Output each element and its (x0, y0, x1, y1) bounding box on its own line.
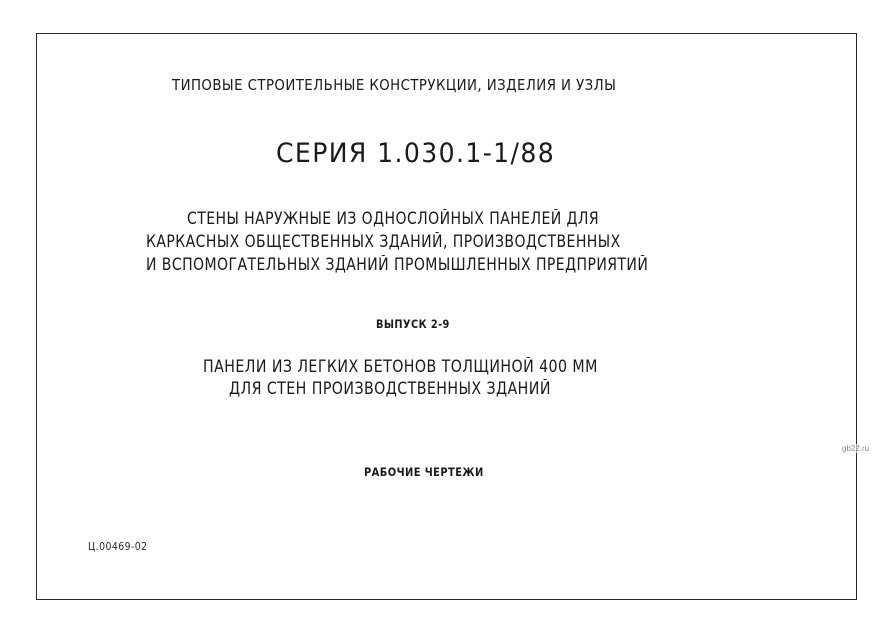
description-line: СТЕНЫ НАРУЖНЫЕ ИЗ ОДНОСЛОЙНЫХ ПАНЕЛЕЙ ДЛ… (187, 209, 599, 228)
working-drawings-label: РАБОЧИЕ ЧЕРТЕЖИ (364, 465, 484, 479)
subject-line: ПАНЕЛИ ИЗ ЛЕГКИХ БЕТОНОВ ТОЛЩИНОЙ 400 ММ (203, 357, 598, 376)
description-line: КАРКАСНЫХ ОБЩЕСТВЕННЫХ ЗДАНИЙ, ПРОИЗВОДС… (146, 232, 621, 251)
issue-number: ВЫПУСК 2-9 (376, 317, 450, 331)
series-title: СЕРИЯ 1.030.1-1/88 (276, 138, 555, 169)
subject-line: ДЛЯ СТЕН ПРОИЗВОДСТВЕННЫХ ЗДАНИЙ (229, 379, 551, 398)
document-header: ТИПОВЫЕ СТРОИТЕЛЬНЫЕ КОНСТРУКЦИИ, ИЗДЕЛИ… (172, 76, 616, 94)
document-code: Ц.00469-02 (88, 540, 148, 553)
description-line: И ВСПОМОГАТЕЛЬНЫХ ЗДАНИЙ ПРОМЫШЛЕННЫХ ПР… (146, 255, 648, 274)
watermark: gb22.ru (842, 444, 869, 453)
